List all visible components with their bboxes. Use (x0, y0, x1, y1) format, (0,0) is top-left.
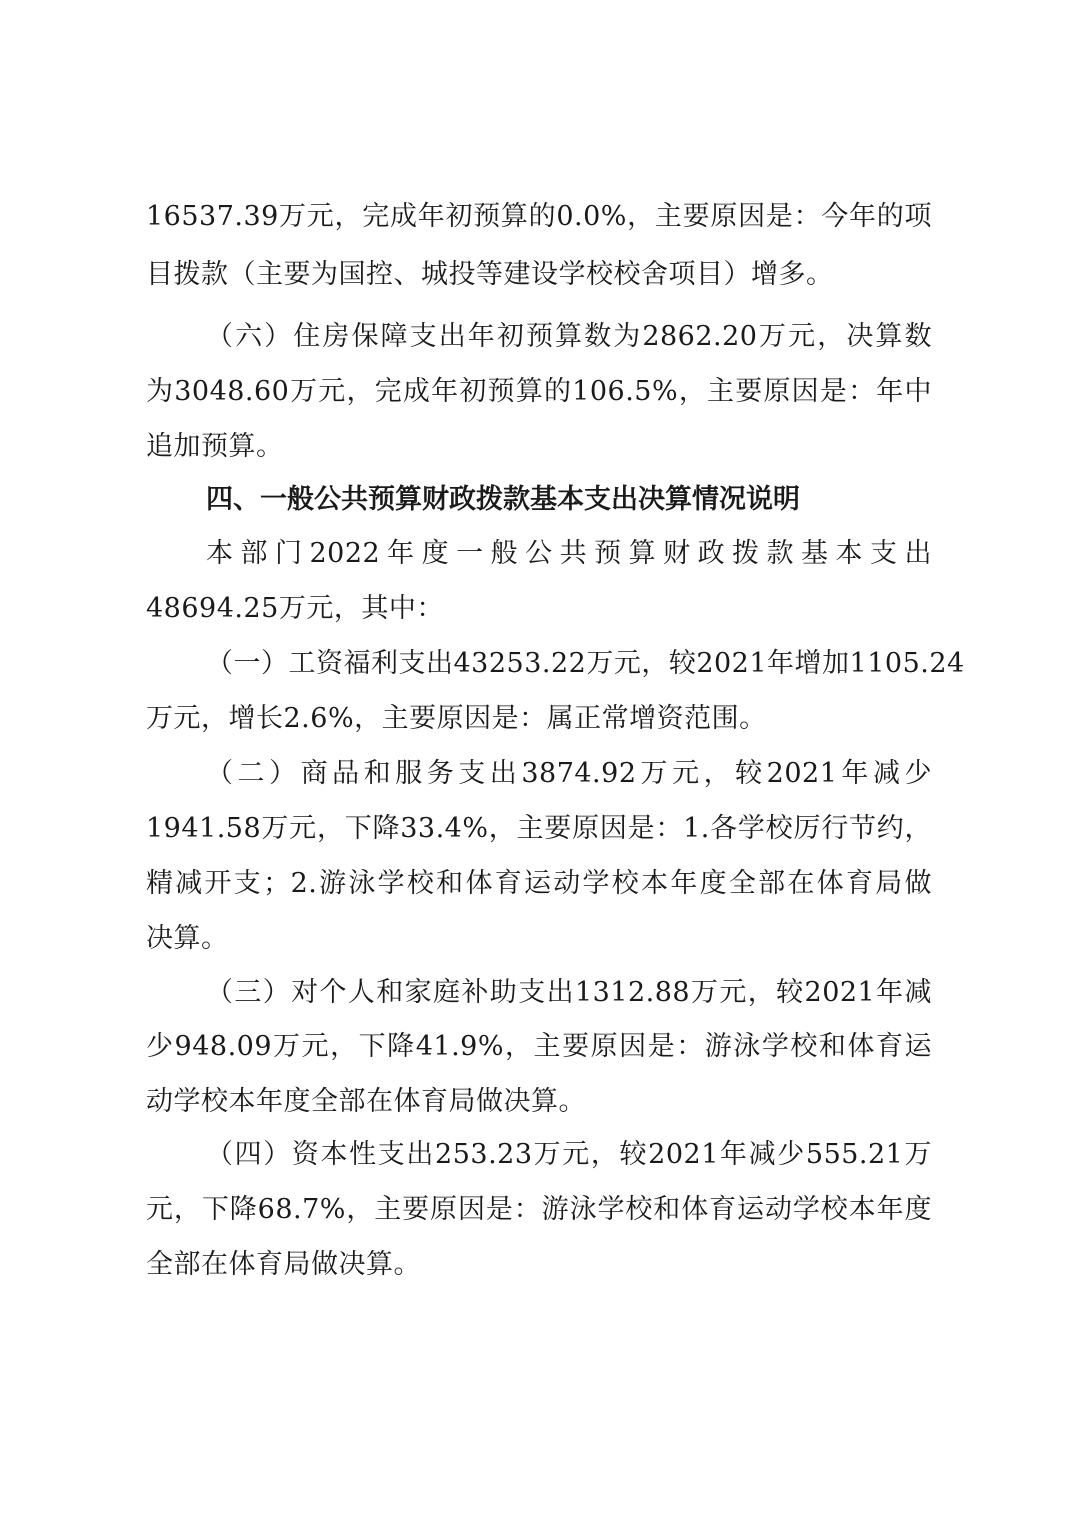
paragraph-line-capital: （四）资本性支出253.23万元，较2021年减少555.21万 (206, 1138, 932, 1172)
paragraph-line-intro: 本部门2022年度一般公共预算财政拨款基本支出 (206, 537, 932, 571)
paragraph-line-subsidies: （三）对个人和家庭补助支出1312.88万元，较2021年减 (206, 976, 932, 1010)
paragraph-line: 动学校本年度全部在体育局做决算。 (146, 1085, 932, 1119)
paragraph-line: 目拨款（主要为国控、城投等建设学校校舍项目）增多。 (146, 258, 932, 292)
paragraph-line: 决算。 (146, 922, 932, 956)
paragraph-line: 万元，增长2.6%，主要原因是：属正常增资范围。 (146, 702, 932, 736)
paragraph-line: 精减开支；2.游泳学校和体育运动学校本年度全部在体育局做 (146, 867, 932, 901)
section-heading: 四、一般公共预算财政拨款基本支出决算情况说明 (206, 483, 932, 517)
paragraph-line-housing-security: （六）住房保障支出年初预算数为2862.20万元，决算数 (206, 320, 932, 354)
paragraph-line: 48694.25万元，其中： (146, 592, 932, 626)
paragraph-line: 为3048.60万元，完成年初预算的106.5%，主要原因是：年中 (146, 375, 932, 409)
paragraph-line: 全部在体育局做决算。 (146, 1248, 932, 1282)
paragraph-line: 元，下降68.7%，主要原因是：游泳学校和体育运动学校本年度 (146, 1193, 932, 1227)
paragraph-line: 1941.58万元，下降33.4%，主要原因是：1.各学校厉行节约， (146, 812, 932, 846)
paragraph-line-wages: （一）工资福利支出43253.22万元，较2021年增加1105.24 (206, 647, 932, 681)
paragraph-line: 追加预算。 (146, 430, 932, 464)
paragraph-line-goods-services: （二）商品和服务支出3874.92万元，较2021年减少 (206, 757, 932, 791)
paragraph-line: 少948.09万元，下降41.9%，主要原因是：游泳学校和体育运 (146, 1030, 932, 1064)
document-page: 16537.39万元，完成年初预算的0.0%，主要原因是：今年的项 目拨款（主要… (0, 0, 1074, 1520)
paragraph-line: 16537.39万元，完成年初预算的0.0%，主要原因是：今年的项 (146, 200, 932, 234)
